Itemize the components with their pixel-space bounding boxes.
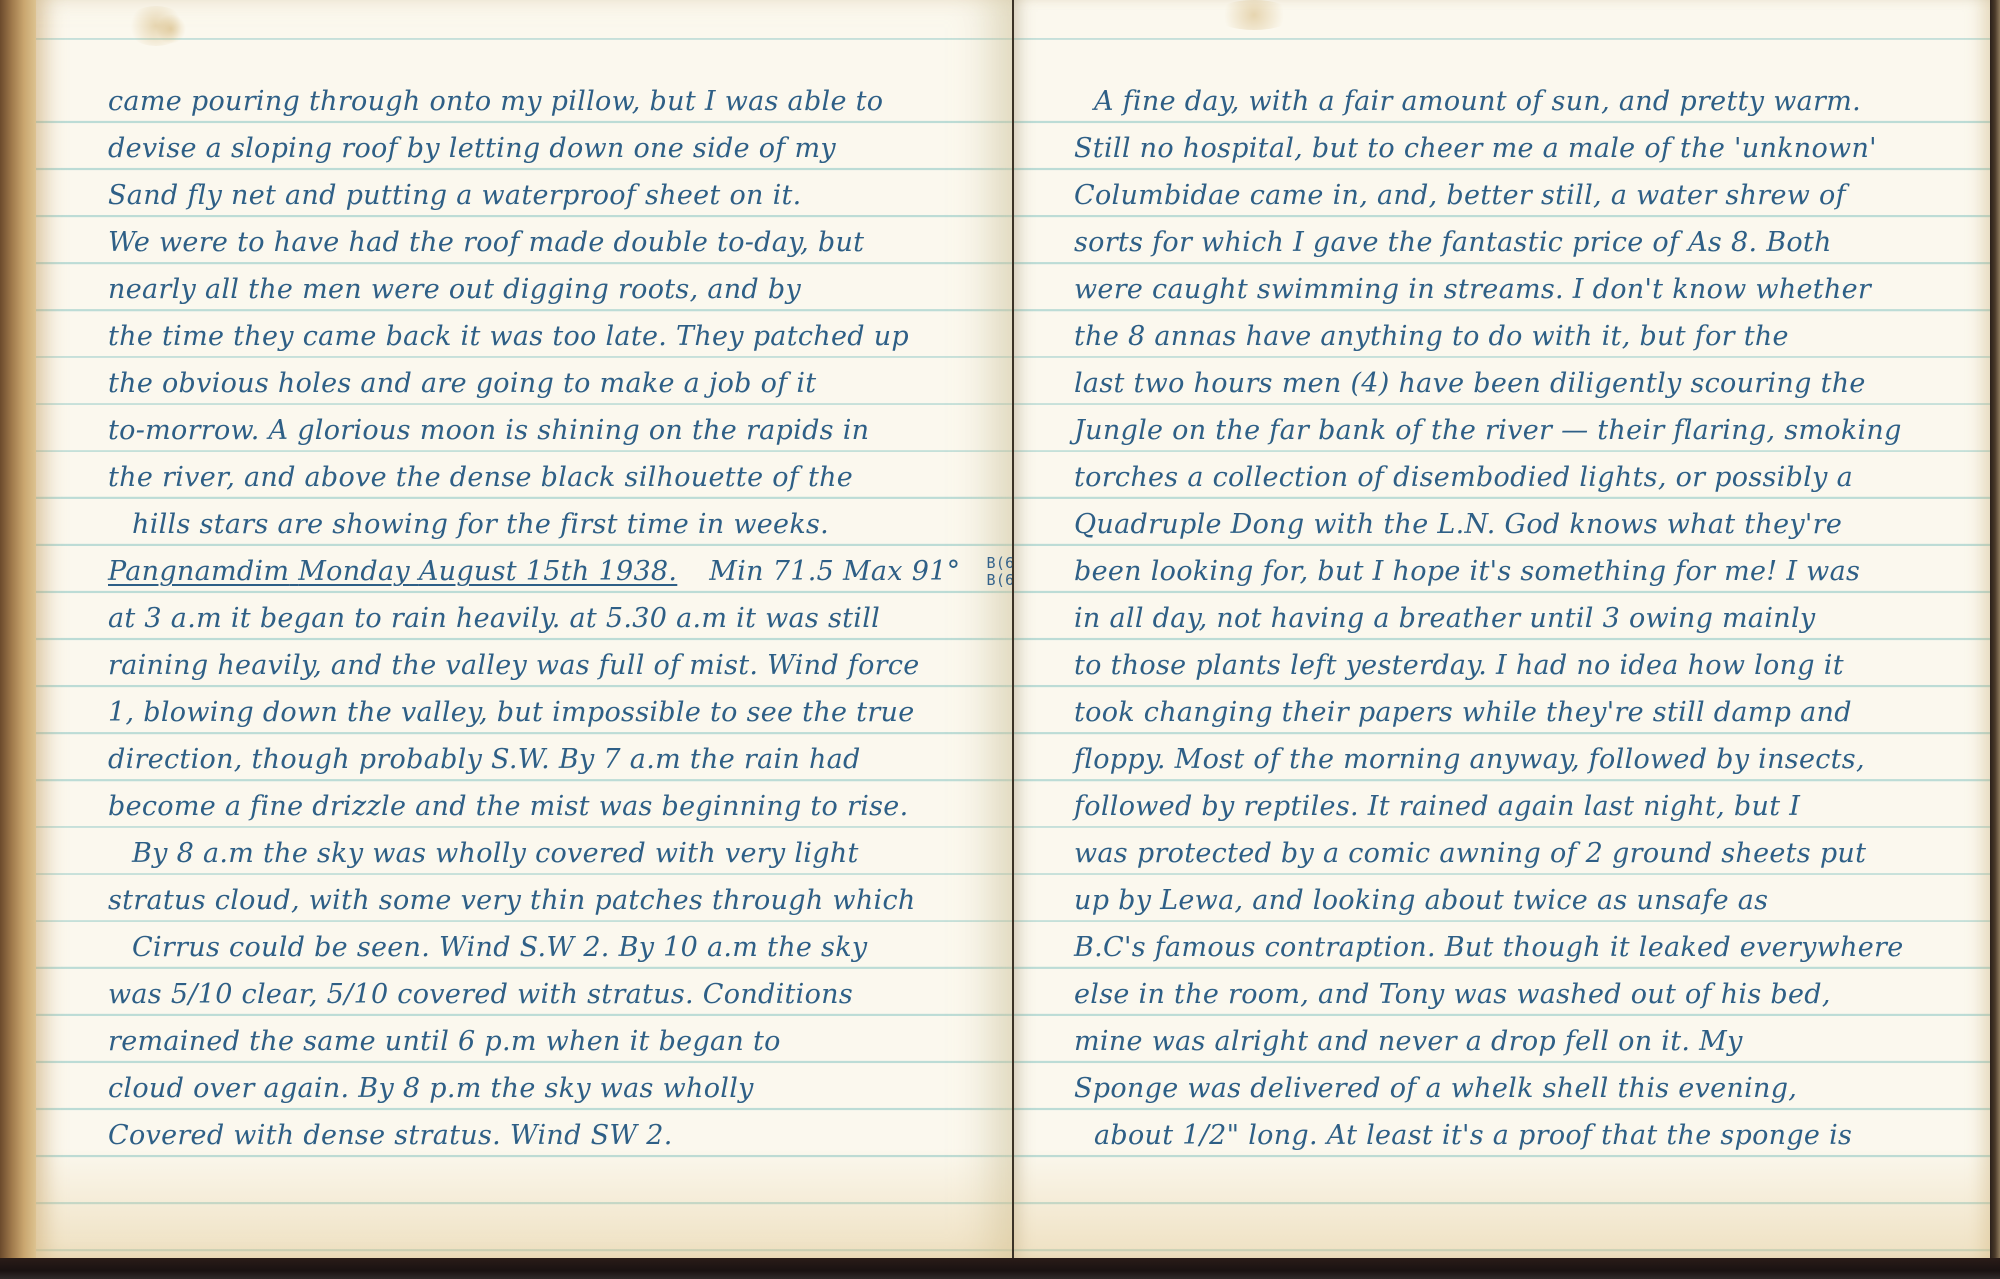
book-bottom-shadow: [0, 1258, 2000, 1279]
text-line: By 8 a.m the sky was wholly covered with…: [36, 830, 1012, 877]
right-page-lines: A fine day, with a fair amount of sun, a…: [1014, 78, 1990, 1159]
min-temp: Min 71.5: [709, 556, 834, 587]
text-line: the river, and above the dense black sil…: [36, 454, 1012, 501]
text-line: raining heavily, and the valley was full…: [36, 642, 1012, 689]
paper-stain: [126, 6, 186, 46]
entry-day: Monday: [298, 556, 410, 587]
temperature-readings: Min 71.5 Max 91°: [709, 548, 960, 595]
paper-stain: [1214, 0, 1294, 30]
left-page: came pouring through onto my pillow, but…: [36, 0, 1012, 1258]
right-page: A fine day, with a fair amount of sun, a…: [1014, 0, 1990, 1258]
text-line: at 3 a.m it began to rain heavily. at 5.…: [36, 595, 1012, 642]
text-line: cloud over again. By 8 p.m the sky was w…: [36, 1065, 1012, 1112]
text-line: Quadruple Dong with the L.N. God knows w…: [1014, 501, 1990, 548]
text-line: B.C's famous contraption. But though it …: [1014, 924, 1990, 971]
text-line: the 8 annas have anything to do with it,…: [1014, 313, 1990, 360]
text-line: Jungle on the far bank of the river — th…: [1014, 407, 1990, 454]
book-right-edge: [1990, 0, 2000, 1258]
text-line: Covered with dense stratus. Wind SW 2.: [36, 1112, 1012, 1159]
text-line: Sand fly net and putting a waterproof sh…: [36, 172, 1012, 219]
max-temp: Max 91°: [843, 556, 961, 587]
text-line: torches a collection of disembodied ligh…: [1014, 454, 1990, 501]
paper-stain: [156, 14, 186, 44]
text-line: hills stars are showing for the first ti…: [36, 501, 1012, 548]
text-line: about 1/2" long. At least it's a proof t…: [1014, 1112, 1990, 1159]
text-line: came pouring through onto my pillow, but…: [36, 78, 1012, 125]
text-line: become a fine drizzle and the mist was b…: [36, 783, 1012, 830]
text-line: floppy. Most of the morning anyway, foll…: [1014, 736, 1990, 783]
text-line: was 5/10 clear, 5/10 covered with stratu…: [36, 971, 1012, 1018]
barometer-am: B(6am) 26.59: [986, 555, 1012, 572]
text-line: Cirrus could be seen. Wind S.W 2. By 10 …: [36, 924, 1012, 971]
text-line: were caught swimming in streams. I don't…: [1014, 266, 1990, 313]
text-line: nearly all the men were out digging root…: [36, 266, 1012, 313]
text-line: Sponge was delivered of a whelk shell th…: [1014, 1065, 1990, 1112]
text-line: stratus cloud, with some very thin patch…: [36, 877, 1012, 924]
text-line: was protected by a comic awning of 2 gro…: [1014, 830, 1990, 877]
entry-place-date: Pangnamdim Monday August 15th 1938.: [108, 548, 677, 595]
text-line: the obvious holes and are going to make …: [36, 360, 1012, 407]
text-line: to-morrow. A glorious moon is shining on…: [36, 407, 1012, 454]
book-binding-edge: [0, 0, 40, 1262]
text-line: up by Lewa, and looking about twice as u…: [1014, 877, 1990, 924]
text-line: to those plants left yesterday. I had no…: [1014, 642, 1990, 689]
text-line: sorts for which I gave the fantastic pri…: [1014, 219, 1990, 266]
entry-place: Pangnamdim: [108, 556, 289, 587]
text-line: We were to have had the roof made double…: [36, 219, 1012, 266]
text-line: followed by reptiles. It rained again la…: [1014, 783, 1990, 830]
text-line: else in the room, and Tony was washed ou…: [1014, 971, 1990, 1018]
entry-heading: Pangnamdim Monday August 15th 1938. Min …: [36, 548, 1012, 595]
text-line: devise a sloping roof by letting down on…: [36, 125, 1012, 172]
text-line: mine was alright and never a drop fell o…: [1014, 1018, 1990, 1065]
barometer-pm: B(6pm) 26.42.: [986, 572, 1012, 589]
text-line: 1, blowing down the valley, but impossib…: [36, 689, 1012, 736]
text-line: been looking for, but I hope it's someth…: [1014, 548, 1990, 595]
text-line: remained the same until 6 p.m when it be…: [36, 1018, 1012, 1065]
text-line: direction, though probably S.W. By 7 a.m…: [36, 736, 1012, 783]
left-page-lines: came pouring through onto my pillow, but…: [36, 78, 1012, 1159]
entry-date: August 15th 1938.: [419, 556, 677, 587]
text-line: last two hours men (4) have been diligen…: [1014, 360, 1990, 407]
text-line: in all day, not having a breather until …: [1014, 595, 1990, 642]
text-line: Still no hospital, but to cheer me a mal…: [1014, 125, 1990, 172]
text-line: the time they came back it was too late.…: [36, 313, 1012, 360]
text-line: took changing their papers while they're…: [1014, 689, 1990, 736]
text-line: A fine day, with a fair amount of sun, a…: [1014, 78, 1990, 125]
barometer-readings: B(6am) 26.59 B(6pm) 26.42.: [986, 555, 1012, 589]
text-line: Columbidae came in, and, better still, a…: [1014, 172, 1990, 219]
